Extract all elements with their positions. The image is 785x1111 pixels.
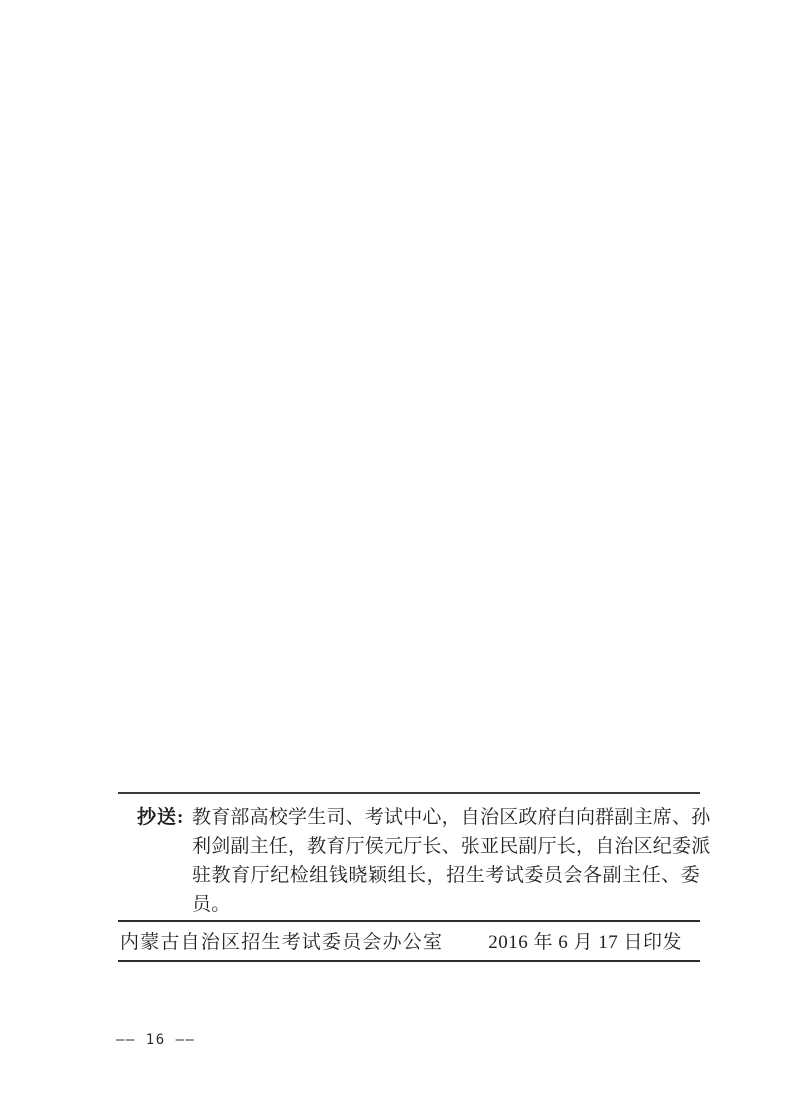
cc-line-2: 利剑副主任，教育厅侯元厅长、张亚民副厅长，自治区纪委派 bbox=[192, 832, 700, 861]
print-date: 2016 年 6 月 17 日印发 bbox=[488, 927, 682, 954]
cc-label: 抄送: bbox=[137, 803, 192, 832]
cc-body: 教育部高校学生司、考试中心，自治区政府白向群副主席、孙 利剑副主任，教育厅侯元厅… bbox=[192, 803, 700, 919]
issuing-office: 内蒙古自治区招生考试委员会办公室 bbox=[120, 927, 443, 954]
footer-bottom-rule bbox=[118, 960, 700, 962]
cc-line-3: 驻教育厅纪检组钱晓颖组长，招生考试委员会各副主任、委 bbox=[192, 861, 700, 890]
page-number: —— 16 —— bbox=[116, 1030, 195, 1050]
document-footer-block: 抄送: 教育部高校学生司、考试中心，自治区政府白向群副主席、孙 利剑副主任，教育… bbox=[118, 792, 700, 962]
cc-line-4: 员。 bbox=[192, 890, 700, 919]
issuer-row: 内蒙古自治区招生考试委员会办公室 2016 年 6 月 17 日印发 bbox=[118, 922, 700, 960]
cc-section: 抄送: 教育部高校学生司、考试中心，自治区政府白向群副主席、孙 利剑副主任，教育… bbox=[118, 794, 700, 920]
cc-line-1: 教育部高校学生司、考试中心，自治区政府白向群副主席、孙 bbox=[192, 803, 700, 832]
